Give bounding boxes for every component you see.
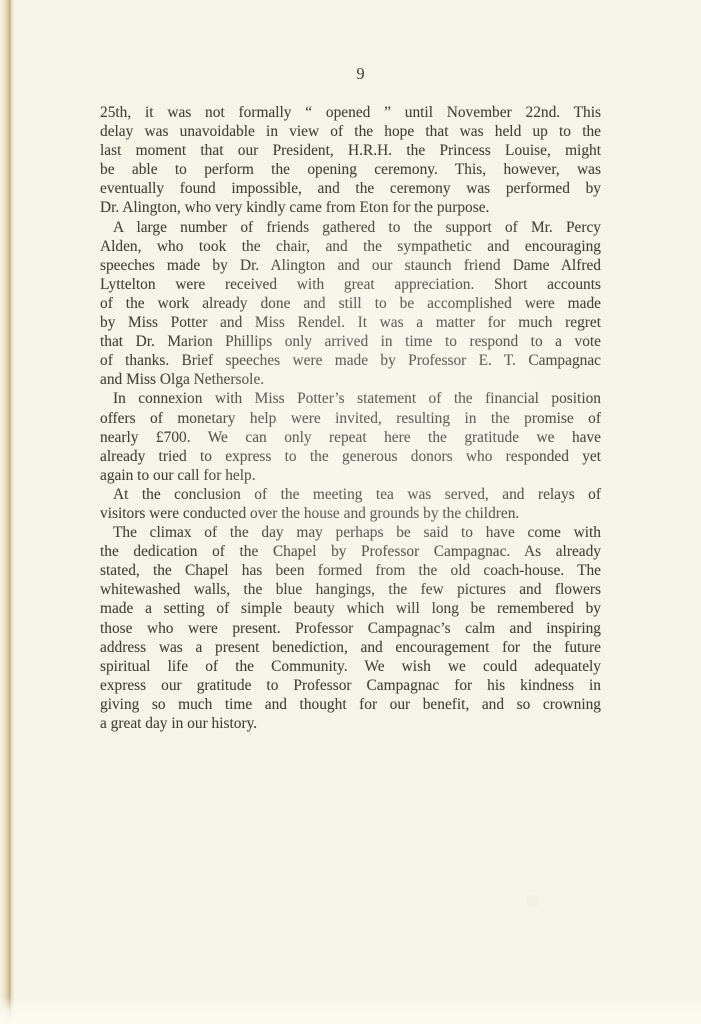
- text-line: nearly £700. We can only repeat here the…: [100, 428, 601, 447]
- text-line: express our gratitude to Professor Campa…: [100, 676, 601, 695]
- text-line: again to our call for help.: [100, 466, 601, 485]
- text-line: speeches made by Dr. Alington and our st…: [100, 256, 601, 275]
- text-line: delay was unavoidable in view of the hop…: [100, 122, 601, 141]
- text-line: whitewashed walls, the blue hangings, th…: [100, 580, 601, 599]
- text-line: offers of monetary help were invited, re…: [100, 409, 601, 428]
- text-line: made a setting of simple beauty which wi…: [100, 599, 601, 618]
- text-line: In connexion with Miss Potter’s statemen…: [100, 389, 601, 408]
- paragraph: At the conclusion of the meeting tea was…: [100, 485, 601, 523]
- text-line: the dedication of the Chapel by Professo…: [100, 542, 601, 561]
- text-line: by Miss Potter and Miss Rendel. It was a…: [100, 313, 601, 332]
- text-line: A large number of friends gathered to th…: [100, 218, 601, 237]
- text-line: visitors were conducted over the house a…: [100, 504, 601, 523]
- text-line: stated, the Chapel has been formed from …: [100, 561, 601, 580]
- paragraph: The climax of the day may perhaps be sai…: [100, 523, 601, 733]
- text-line: those who were present. Professor Campag…: [100, 619, 601, 638]
- page-text-block: 25th, it was not formally “ opened ” unt…: [100, 103, 601, 733]
- text-line: Alden, who took the chair, and the sympa…: [100, 237, 601, 256]
- text-line: of thanks. Brief speeches were made by P…: [100, 351, 601, 370]
- text-line: already tried to express to the generous…: [100, 447, 601, 466]
- text-line: 25th, it was not formally “ opened ” unt…: [100, 103, 601, 122]
- text-line: Dr. Alington, who very kindly came from …: [100, 198, 601, 217]
- text-line: address was a present benediction, and e…: [100, 638, 601, 657]
- text-line: that Dr. Marion Phillips only arrived in…: [100, 332, 601, 351]
- text-line: a great day in our history.: [100, 714, 601, 733]
- page-binding-edge: [0, 0, 15, 1024]
- text-line: and Miss Olga Nethersole.: [100, 370, 601, 389]
- scanned-book-page: 9 25th, it was not formally “ opened ” u…: [0, 0, 701, 1024]
- text-line: At the conclusion of the meeting tea was…: [100, 485, 601, 504]
- page-number: 9: [110, 64, 611, 84]
- text-line: of the work already done and still to be…: [100, 294, 601, 313]
- text-line: Lyttelton were received with great appre…: [100, 275, 601, 294]
- text-line: last moment that our President, H.R.H. t…: [100, 141, 601, 160]
- next-page-bottom-edge: [0, 996, 701, 1024]
- text-line: The climax of the day may perhaps be sai…: [100, 523, 601, 542]
- text-line: be able to perform the opening ceremony.…: [100, 160, 601, 179]
- text-line: spiritual life of the Community. We wish…: [100, 657, 601, 676]
- text-line: giving so much time and thought for our …: [100, 695, 601, 714]
- paragraph: In connexion with Miss Potter’s statemen…: [100, 389, 601, 484]
- text-line: eventually found impossible, and the cer…: [100, 179, 601, 198]
- paragraph: A large number of friends gathered to th…: [100, 218, 601, 390]
- paragraph: 25th, it was not formally “ opened ” unt…: [100, 103, 601, 218]
